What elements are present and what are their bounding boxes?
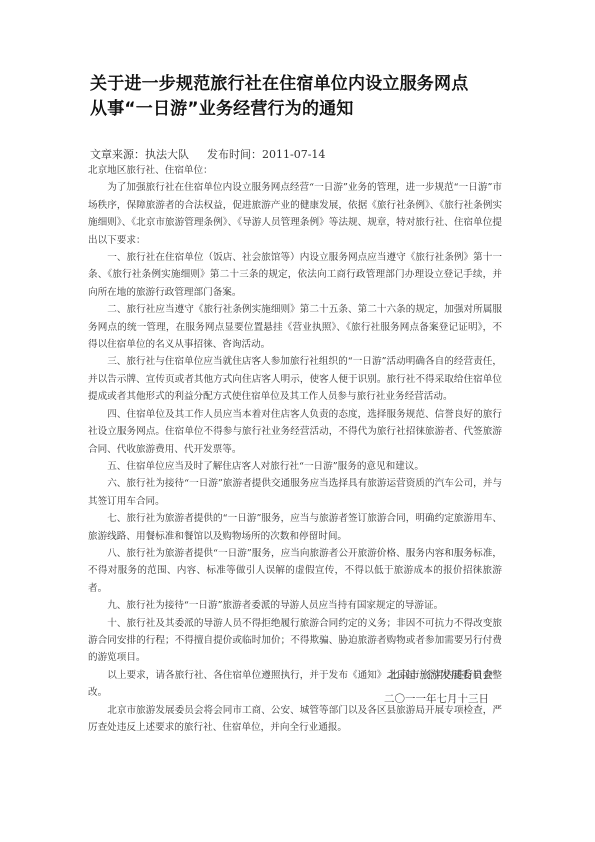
title-line-1: 关于进一步规范旅行社在住宿单位内设立服务网点 xyxy=(90,72,520,97)
paragraph-item-3: 三、旅行社与住宿单位应当就住店客人参加旅行社组织的“一日游”活动明确各自的经营责… xyxy=(88,353,502,405)
paragraph-item-4: 四、住宿单位及其工作人员应当本着对住店客人负责的态度，选择服务规范、信誉良好的旅… xyxy=(88,406,502,458)
source-label: 文章来源： xyxy=(90,148,145,161)
paragraph-item-8: 八、旅行社为旅游者提供“一日游”服务，应当向旅游者公开旅游价格、服务内容和服务标… xyxy=(88,545,502,597)
paragraph-item-1: 一、旅行社在住宿单位（饭店、社会旅馆等）内设立服务网点应当遵守《旅行社条例》第十… xyxy=(88,249,502,301)
paragraph-item-10: 十、旅行社及其委派的导游人员不得拒绝履行旅游合同约定的义务；非因不可抗力不得改变… xyxy=(88,615,502,667)
source-value: 执法大队 xyxy=(145,148,189,161)
document-title: 关于进一步规范旅行社在住宿单位内设立服务网点 从事“一日游”业务经营行为的通知 xyxy=(90,72,520,122)
paragraph-item-9: 九、旅行社为接待“一日游”旅游者委派的导游人员应当持有国家规定的导游证。 xyxy=(88,597,502,614)
signature: 北京市旅游发展委员会 xyxy=(388,668,493,682)
paragraph-closing-inspection: 北京市旅游发展委员会将会同市工商、公安、城管等部门以及各区县旅游局开展专项检查，… xyxy=(88,702,502,737)
article-meta: 文章来源：执法大队发布时间：2011-07-14 xyxy=(90,148,325,162)
issue-date: 二〇一一年七月十三日 xyxy=(384,692,489,706)
salutation: 北京地区旅行社、住宿单位： xyxy=(88,162,502,179)
title-line-2: 从事“一日游”业务经营行为的通知 xyxy=(90,97,520,122)
published-label: 发布时间： xyxy=(207,148,262,161)
paragraph-item-6: 六、旅行社为接待“一日游”旅游者提供交通服务应当选择具有旅游运营资质的汽车公司，… xyxy=(88,475,502,510)
paragraph-intro: 为了加强旅行社在住宿单位内设立服务网点经营“一日游”业务的管理，进一步规范“一日… xyxy=(88,179,502,249)
published-value: 2011-07-14 xyxy=(262,148,325,161)
document-body: 北京地区旅行社、住宿单位： 为了加强旅行社在住宿单位内设立服务网点经营“一日游”… xyxy=(88,162,502,736)
paragraph-item-5: 五、住宿单位应当及时了解住店客人对旅行社“一日游”服务的意见和建议。 xyxy=(88,458,502,475)
paragraph-item-7: 七、旅行社为旅游者提供的“一日游”服务，应当与旅游者签订旅游合同，明确约定旅游用… xyxy=(88,510,502,545)
paragraph-item-2: 二、旅行社应当遵守《旅行社条例实施细则》第二十五条、第二十六条的规定，加强对所属… xyxy=(88,301,502,353)
